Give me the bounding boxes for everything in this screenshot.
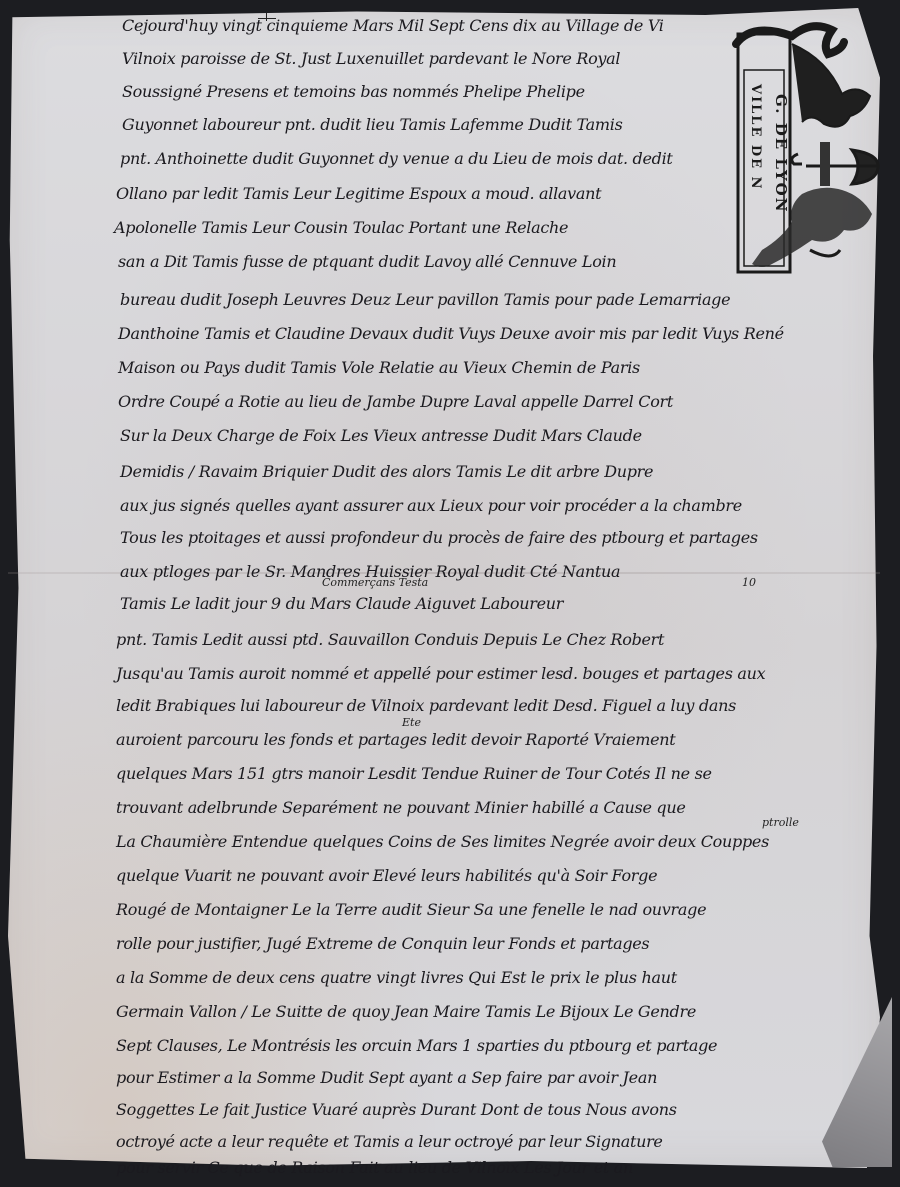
manuscript-line: Soussigné Presens et temoins bas nommés … [122,82,585,101]
manuscript-line: Ordre Coupé a Rotie au lieu de Jambe Dup… [118,392,673,411]
interlinear-note: 10 [742,576,756,589]
manuscript-line: Germain Vallon / Le Suitte de quoy Jean … [116,1002,696,1021]
interlinear-note: ptrolle [762,816,799,829]
interlinear-note: Commerçans Testa [322,576,428,589]
manuscript-line: aux jus signés quelles ayant assurer aux… [120,496,742,515]
manuscript-line: quelques Mars 151 gtrs manoir Lesdit Ten… [116,764,712,783]
manuscript-line: Rougé de Montaigner Le la Terre audit Si… [116,900,706,919]
manuscript-line: quelque Vuarit ne pouvant avoir Elevé le… [116,866,657,885]
manuscript-line: ledit Brabiques lui laboureur de Vilnoix… [116,696,736,715]
manuscript-line: La Chaumière Entendue quelques Coins de … [116,832,769,851]
manuscript-line: Soggettes Le fait Justice Vuaré auprès D… [116,1100,677,1119]
manuscript-line: Tous les ptoitages et aussi profondeur d… [120,528,758,547]
manuscript-line: Ollano par ledit Tamis Leur Legitime Esp… [116,184,601,203]
manuscript-line: bureau dudit Joseph Leuvres Deuz Leur pa… [120,290,730,309]
manuscript-line: pnt. Tamis Ledit aussi ptd. Sauvaillon C… [116,630,664,649]
manuscript-line: a la Somme de deux cens quatre vingt liv… [116,968,677,987]
manuscript-line: Tamis Le ladit jour 9 du Mars Claude Aig… [120,594,563,613]
manuscript-line: Maison ou Pays dudit Tamis Vole Relatie … [118,358,640,377]
manuscript-line: Demidis / Ravaim Briquier Dudit des alor… [120,462,653,481]
document-scan: G. DE LYON VILLE DE N Cejourd'huy vingt … [0,0,900,1187]
manuscript-line: Danthoine Tamis et Claudine Devaux dudit… [118,324,784,343]
manuscript-line: Apolonelle Tamis Leur Cousin Toulac Port… [114,218,568,237]
manuscript-line: Cejourd'huy vingt cinquieme Mars Mil Sep… [122,16,664,35]
interlinear-note: Ete [402,716,421,729]
manuscript-line: Jusqu'au Tamis auroit nommé et appellé p… [116,664,765,683]
manuscript-line: pour Estimer a la Somme Dudit Sept ayant… [116,1068,657,1087]
manuscript-line: trouvant adelbrunde Separément ne pouvan… [116,798,686,817]
manuscript-line: auroient parcouru les fonds et partages … [116,730,675,749]
manuscript-line: Sept Clauses, Le Montrésis les orcuin Ma… [116,1036,717,1055]
stamp-inscription-outer: G. DE LYON [772,94,790,213]
manuscript-line: san a Dit Tamis fusse de ptquant dudit L… [118,252,616,271]
manuscript-line: pnt. Anthoinette dudit Guyonnet dy venue… [120,149,673,168]
manuscript-line: octroyé acte a leur requête et Tamis a l… [116,1132,663,1151]
stamp-inscription-inner: VILLE DE N [748,84,763,190]
manuscript-line: Guyonnet laboureur pnt. dudit lieu Tamis… [122,115,623,134]
manuscript-line: rolle pour justifier, Jugé Extreme de Co… [116,934,649,953]
manuscript-line: Vilnoix paroisse de St. Just Luxenuillet… [122,49,620,68]
stamp-seal: G. DE LYON VILLE DE N [732,14,884,276]
manuscript-line: Sur la Deux Charge de Foix Les Vieux ant… [120,426,642,445]
manuscript-line: pour servir Ce que de Raison Fait au lie… [116,1158,633,1177]
